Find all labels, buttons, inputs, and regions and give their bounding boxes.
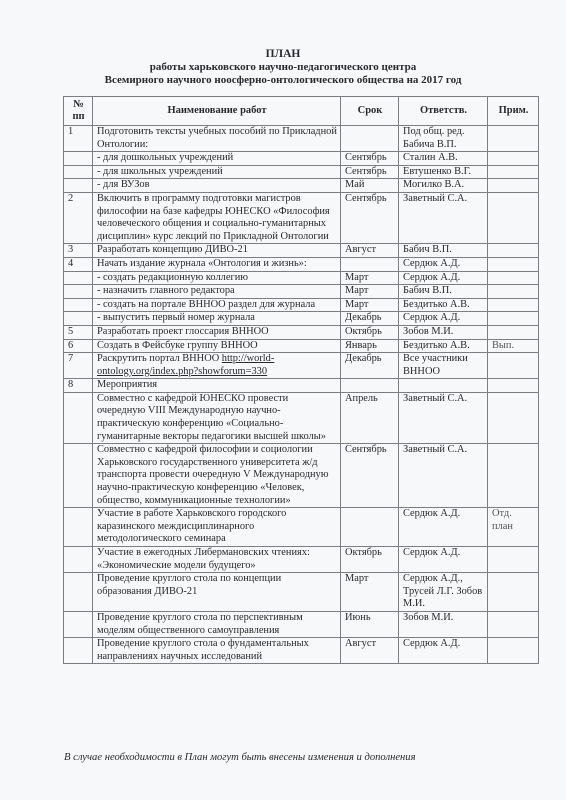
row-num: 4 <box>64 257 93 271</box>
row-num: 2 <box>64 192 93 243</box>
row-note <box>488 285 539 299</box>
table-header-row: № пп Наименование работ Срок Ответств. П… <box>64 97 539 126</box>
row-note <box>488 298 539 312</box>
table-body: 1Подготовить тексты учебных пособий по П… <box>64 126 539 664</box>
row-num <box>64 392 93 443</box>
row-term: Май <box>341 179 399 193</box>
row-note <box>488 152 539 166</box>
row-name: Мероприятия <box>93 379 341 393</box>
row-term: Март <box>341 285 399 299</box>
row-num: 8 <box>64 379 93 393</box>
row-term: Сентябрь <box>341 192 399 243</box>
row-resp: Бабич В.П. <box>399 285 488 299</box>
row-num <box>64 547 93 573</box>
table-row: Участие в работе Харьковского городского… <box>64 508 539 547</box>
row-name: - создать на портале ВННОО раздел для жу… <box>93 298 341 312</box>
row-term <box>341 508 399 547</box>
row-resp: Под общ. ред. Бабича В.П. <box>399 126 488 152</box>
row-resp: Сердюк А.Д. <box>399 508 488 547</box>
table-row: Проведение круглого стола по перспективн… <box>64 611 539 637</box>
row-note: Отд. план <box>488 508 539 547</box>
row-num <box>64 611 93 637</box>
row-name: - для школьных учреждений <box>93 165 341 179</box>
header-num: № пп <box>64 97 93 126</box>
row-note <box>488 547 539 573</box>
row-num: 3 <box>64 244 93 258</box>
row-num <box>64 298 93 312</box>
row-resp: Бездитько А.В. <box>399 339 488 353</box>
table-row: 3Разработать концепцию ДИВО-21АвгустБаби… <box>64 244 539 258</box>
row-note <box>488 325 539 339</box>
row-resp: Могилко В.А. <box>399 179 488 193</box>
row-resp: Заветный С.А. <box>399 392 488 443</box>
row-note <box>488 271 539 285</box>
row-num: 5 <box>64 325 93 339</box>
row-resp: Сердюк А.Д. <box>399 257 488 271</box>
row-term: Сентябрь <box>341 165 399 179</box>
row-num <box>64 573 93 612</box>
row-term: Декабрь <box>341 312 399 326</box>
row-name: Разработать концепцию ДИВО-21 <box>93 244 341 258</box>
row-resp: Сталин А.В. <box>399 152 488 166</box>
table-row: - выпустить первый номер журналаДекабрьС… <box>64 312 539 326</box>
row-name: - выпустить первый номер журнала <box>93 312 341 326</box>
row-name: - для дошкольных учреждений <box>93 152 341 166</box>
row-num <box>64 165 93 179</box>
row-resp: Сердюк А.Д. <box>399 312 488 326</box>
row-term: Сентябрь <box>341 444 399 508</box>
row-resp: Сердюк А.Д., Трусей Л.Г. Зобов М.И. <box>399 573 488 612</box>
row-note <box>488 444 539 508</box>
table-row: Проведение круглого стола о фундаменталь… <box>64 638 539 664</box>
row-term: Август <box>341 638 399 664</box>
row-num <box>64 312 93 326</box>
table-row: 8Мероприятия <box>64 379 539 393</box>
row-note <box>488 192 539 243</box>
row-note: Вып. <box>488 339 539 353</box>
row-num <box>64 285 93 299</box>
table-row: 7Раскрутить портал ВННОО http://world-on… <box>64 353 539 379</box>
row-num <box>64 638 93 664</box>
row-resp: Заветный С.А. <box>399 192 488 243</box>
row-name: Начать издание журнала «Онтология и жизн… <box>93 257 341 271</box>
row-num <box>64 152 93 166</box>
row-resp: Сердюк А.Д. <box>399 271 488 285</box>
row-name: - для ВУЗов <box>93 179 341 193</box>
row-name: Проведение круглого стола о фундаменталь… <box>93 638 341 664</box>
row-name: Совместно с кафедрой философии и социоло… <box>93 444 341 508</box>
table-row: 6Создать в Фейсбуке группу ВННООЯнварьБе… <box>64 339 539 353</box>
row-term: Сентябрь <box>341 152 399 166</box>
row-term: Август <box>341 244 399 258</box>
row-resp <box>399 379 488 393</box>
row-resp: Зобов М.И. <box>399 325 488 339</box>
row-resp: Все участники ВННОО <box>399 353 488 379</box>
row-resp: Заветный С.А. <box>399 444 488 508</box>
document-title: ПЛАН <box>0 48 566 61</box>
row-note <box>488 379 539 393</box>
row-term: Октябрь <box>341 547 399 573</box>
row-name: - назначить главного редактора <box>93 285 341 299</box>
row-note <box>488 611 539 637</box>
row-term: Декабрь <box>341 353 399 379</box>
row-name: Совместно с кафедрой ЮНЕСКО провести оче… <box>93 392 341 443</box>
row-name: Включить в программу подготовки магистро… <box>93 192 341 243</box>
row-resp: Сердюк А.Д. <box>399 547 488 573</box>
row-num: 6 <box>64 339 93 353</box>
row-resp: Бабич В.П. <box>399 244 488 258</box>
row-note <box>488 165 539 179</box>
document-page: ПЛАН работы харьковского научно-педагоги… <box>0 0 566 800</box>
row-term: Март <box>341 298 399 312</box>
row-resp: Евтушенко В.Г. <box>399 165 488 179</box>
row-term: Январь <box>341 339 399 353</box>
row-note <box>488 573 539 612</box>
row-num <box>64 271 93 285</box>
row-name: - создать редакционную коллегию <box>93 271 341 285</box>
row-name: Проведение круглого стола по концепции о… <box>93 573 341 612</box>
row-term: Март <box>341 271 399 285</box>
row-num <box>64 444 93 508</box>
row-note <box>488 392 539 443</box>
row-note <box>488 244 539 258</box>
table-row: Совместно с кафедрой философии и социоло… <box>64 444 539 508</box>
table-row: - для школьных учрежденийСентябрьЕвтушен… <box>64 165 539 179</box>
document-subtitle-line1: работы харьковского научно-педагогическо… <box>0 61 566 74</box>
row-resp: Зобов М.И. <box>399 611 488 637</box>
row-term <box>341 126 399 152</box>
header-term: Срок <box>341 97 399 126</box>
header-name: Наименование работ <box>93 97 341 126</box>
row-name: Проведение круглого стола по перспективн… <box>93 611 341 637</box>
table-row: 4Начать издание журнала «Онтология и жиз… <box>64 257 539 271</box>
row-note <box>488 179 539 193</box>
row-note <box>488 257 539 271</box>
row-name: Участие в ежегодных Либермановских чтени… <box>93 547 341 573</box>
plan-table: № пп Наименование работ Срок Ответств. П… <box>63 96 539 664</box>
table-row: - для дошкольных учрежденийСентябрьСтали… <box>64 152 539 166</box>
table-row: - назначить главного редактораМартБабич … <box>64 285 539 299</box>
row-num <box>64 508 93 547</box>
title-block: ПЛАН работы харьковского научно-педагоги… <box>0 48 566 87</box>
table-row: 2Включить в программу подготовки магистр… <box>64 192 539 243</box>
header-note: Прим. <box>488 97 539 126</box>
table-row: 5Разработать проект глоссария ВННОООктяб… <box>64 325 539 339</box>
row-term <box>341 379 399 393</box>
table-row: Проведение круглого стола по концепции о… <box>64 573 539 612</box>
table-row: - для ВУЗовМайМогилко В.А. <box>64 179 539 193</box>
row-num <box>64 179 93 193</box>
footnote: В случае необходимости в План могут быть… <box>64 752 416 763</box>
row-note <box>488 638 539 664</box>
row-term <box>341 257 399 271</box>
row-num: 7 <box>64 353 93 379</box>
row-name: Участие в работе Харьковского городского… <box>93 508 341 547</box>
row-name: Раскрутить портал ВННОО http://world-ont… <box>93 353 341 379</box>
table-row: - создать на портале ВННОО раздел для жу… <box>64 298 539 312</box>
table-row: - создать редакционную коллегиюМартСердю… <box>64 271 539 285</box>
table-row: Совместно с кафедрой ЮНЕСКО провести оче… <box>64 392 539 443</box>
table-row: 1Подготовить тексты учебных пособий по П… <box>64 126 539 152</box>
row-name: Разработать проект глоссария ВННОО <box>93 325 341 339</box>
row-resp: Сердюк А.Д. <box>399 638 488 664</box>
row-note <box>488 353 539 379</box>
table-row: Участие в ежегодных Либермановских чтени… <box>64 547 539 573</box>
row-resp: Бездитько А.В. <box>399 298 488 312</box>
row-term: Июнь <box>341 611 399 637</box>
row-note <box>488 312 539 326</box>
header-resp: Ответств. <box>399 97 488 126</box>
row-name: Подготовить тексты учебных пособий по Пр… <box>93 126 341 152</box>
row-term: Март <box>341 573 399 612</box>
row-note <box>488 126 539 152</box>
row-term: Апрель <box>341 392 399 443</box>
row-name: Создать в Фейсбуке группу ВННОО <box>93 339 341 353</box>
document-subtitle-line2: Всемирного научного ноосферно-онтологиче… <box>0 74 566 87</box>
row-num: 1 <box>64 126 93 152</box>
row-term: Октябрь <box>341 325 399 339</box>
